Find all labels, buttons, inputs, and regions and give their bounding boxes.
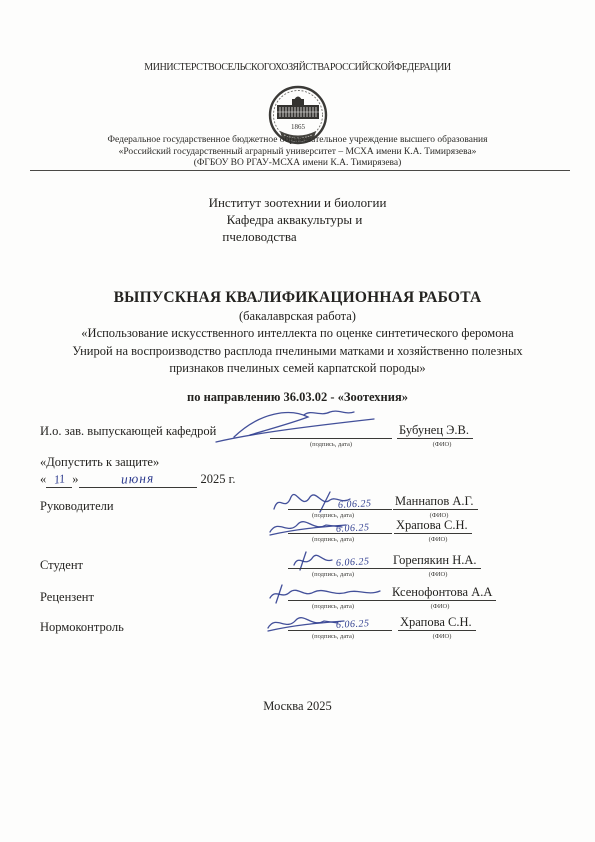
university-line-3: (ФГБОУ ВО РГАУ-МСХА имени К.А. Тимирязев… xyxy=(0,158,595,170)
reviewer-name: Ксенофонтова А.А xyxy=(390,585,496,601)
sign-date-caption: (подпись, дата) xyxy=(278,571,388,578)
role-label-student: Студент xyxy=(40,558,83,573)
handwritten-day: 11 xyxy=(53,471,66,487)
supervisor2-name: Храпова С.Н. xyxy=(394,518,472,534)
role-label-normcontrol: Нормоконтроль xyxy=(40,620,124,635)
university-name-block: Федеральное государственное бюджетное об… xyxy=(0,135,595,170)
institute-block: Институт зоотехнии и биологии Кафедра ак… xyxy=(0,194,595,245)
sign-line xyxy=(288,495,392,510)
handwritten-month: июня xyxy=(121,470,155,487)
sign-date-caption: (подпись, дата) xyxy=(278,633,388,640)
fio-caption: (ФИО) xyxy=(390,603,490,610)
month-blank: июня xyxy=(79,471,197,488)
study-direction: по направлению 36.03.02 - «Зоотехния» xyxy=(0,390,595,405)
university-line-2: «Российский государственный аграрный уни… xyxy=(0,147,595,159)
fio-caption: (ФИО) xyxy=(398,633,486,640)
signature-row: 6.06.25 (подпись, дата) Храпова С.Н. (ФИ… xyxy=(0,518,595,544)
sign-date-caption: (подпись, дата) xyxy=(278,603,388,610)
sign-date-caption: (подпись, дата) xyxy=(278,536,388,543)
emblem-year: 1865 xyxy=(291,123,306,131)
fio-caption: (ФИО) xyxy=(394,536,482,543)
sign-line xyxy=(288,519,392,534)
signature-row: Рецензент (подпись, дата) Ксенофонтова А… xyxy=(0,584,595,610)
normcontrol-name: Храпова С.Н. xyxy=(398,615,476,631)
signature-row: Студент 6.06.25 (подпись, дата) Горепяки… xyxy=(0,552,595,578)
city-and-year: Москва 2025 xyxy=(0,699,595,714)
ministry-line: МИНИСТЕРСТВОСЕЛЬСКОГОХОЗЯЙСТВАРОССИЙСКОЙ… xyxy=(0,62,595,73)
date-year: 2025 г. xyxy=(201,472,236,486)
institute-line: Институт зоотехнии и биологии xyxy=(0,194,595,211)
sign-line xyxy=(288,616,392,631)
department-line-2: пчеловодства xyxy=(0,228,557,245)
supervisor1-name: Маннапов А.Г. xyxy=(393,494,478,510)
sign-line xyxy=(288,554,392,569)
signature-row: Нормоконтроль 6.06.25 (подпись, дата) Хр… xyxy=(0,614,595,640)
role-label-reviewer: Рецензент xyxy=(40,590,94,605)
university-line-1: Федеральное государственное бюджетное об… xyxy=(0,135,595,147)
dept-head-label: И.о. зав. выпускающей кафедрой xyxy=(40,424,216,439)
admit-to-defense-label: «Допустить к защите» xyxy=(40,455,159,470)
thesis-title: «Использование искусственного интеллекта… xyxy=(0,325,595,378)
thesis-title-page: МИНИСТЕРСТВОСЕЛЬСКОГОХОЗЯЙСТВАРОССИЙСКОЙ… xyxy=(0,0,595,842)
thesis-title-line-3: признаков пчелиных семей карпатской поро… xyxy=(0,360,595,378)
student-name: Горепякин Н.А. xyxy=(391,553,481,569)
department-line-1: Кафедра аквакультуры и xyxy=(0,211,592,228)
thesis-title-line-1: «Использование искусственного интеллекта… xyxy=(0,325,595,343)
work-kind-subtitle: (бакалаврская работа) xyxy=(0,309,595,324)
defense-date-line: «11»июня2025 г. xyxy=(40,471,235,488)
fio-caption: (ФИО) xyxy=(391,571,485,578)
role-label-supervisors: Руководители xyxy=(40,499,114,514)
work-type-title: ВЫПУСКНАЯ КВАЛИФИКАЦИОННАЯ РАБОТА xyxy=(0,289,595,307)
day-blank: 11 xyxy=(46,472,72,488)
dept-head-sign-line xyxy=(270,424,392,439)
dept-head-name: Бубунец Э.В. xyxy=(397,423,473,439)
sign-date-caption: (подпись, дата) xyxy=(270,441,392,448)
header-divider xyxy=(30,170,570,171)
sign-line xyxy=(288,586,392,601)
fio-caption: (ФИО) xyxy=(397,441,487,448)
thesis-title-line-2: Унирой на воспроизводство расплода пчели… xyxy=(0,343,595,361)
